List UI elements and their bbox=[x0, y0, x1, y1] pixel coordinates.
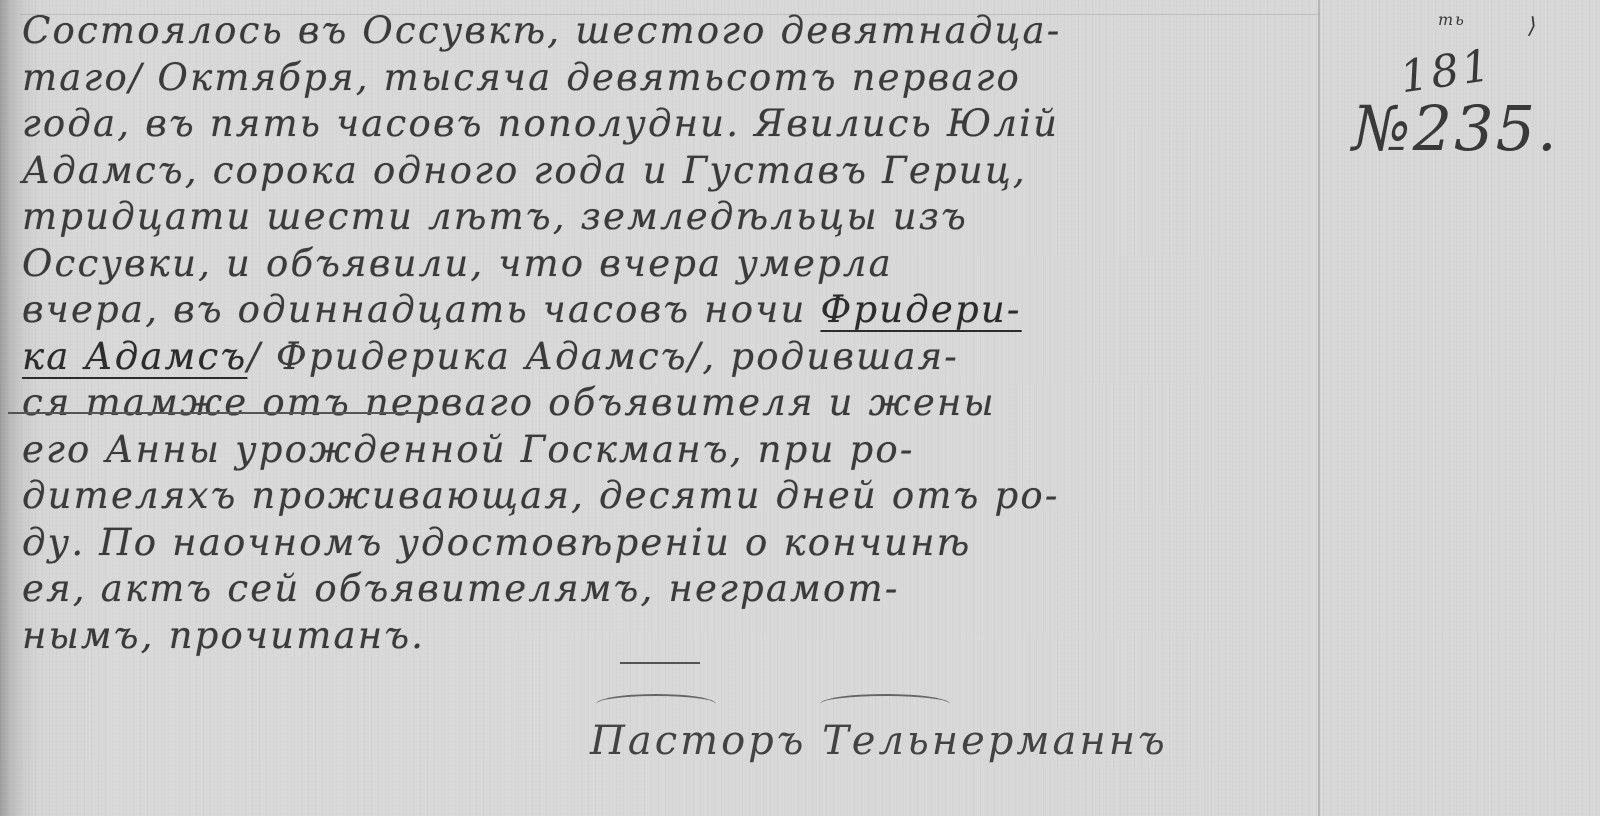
record-line: ся тамже отъ перваго объявителя и жены bbox=[22, 380, 1322, 427]
deceased-name-underlined: ка Адамсъ bbox=[22, 335, 247, 378]
line-text: Адамсъ, сорока одного года и Густавъ Гер… bbox=[22, 149, 1027, 192]
record-line: Состоялось въ Оссувкѣ, шестого девятнадц… bbox=[22, 8, 1322, 55]
line-text: тридцати шести лѣтъ, земледѣльцы изъ bbox=[22, 195, 968, 238]
record-line: дителяхъ проживающая, десяти дней отъ ро… bbox=[22, 473, 1322, 520]
record-line: вчера, въ одиннадцать часовъ ночи Фридер… bbox=[22, 287, 1322, 334]
line-text: Оссувки, и объявили, что вчера умерла bbox=[22, 242, 893, 285]
line-text: / Фридерика Адамсъ/, родившая- bbox=[247, 335, 959, 378]
record-line: года, въ пять часовъ пополудни. Явились … bbox=[22, 101, 1322, 148]
line-text: ся тамже отъ перваго объявителя и жены bbox=[22, 381, 996, 424]
record-line: Оссувки, и объявили, что вчера умерла bbox=[22, 241, 1322, 288]
record-line: ка Адамсъ/ Фридерика Адамсъ/, родившая- bbox=[22, 334, 1322, 381]
entry-number: №235. bbox=[1352, 92, 1559, 165]
record-line: тридцати шести лѣтъ, земледѣльцы изъ bbox=[22, 194, 1322, 241]
line-text: таго/ Октября, тысяча девятьсотъ перваго bbox=[22, 56, 1021, 99]
record-line: ду. По наочномъ удостовѣреніи о кончинѣ bbox=[22, 520, 1322, 567]
line-text: вчера, въ одиннадцать часовъ ночи bbox=[22, 288, 820, 331]
line-text: дителяхъ проживающая, десяти дней отъ ро… bbox=[22, 474, 1060, 517]
line-text: его Анны урожденной Госкманъ, при ро- bbox=[22, 428, 915, 471]
closing-dash bbox=[620, 662, 700, 664]
record-line: ея, актъ сей объявителямъ, неграмот- bbox=[22, 566, 1322, 613]
signature: Пасторъ Тельнерманнъ bbox=[590, 718, 1168, 764]
record-line: нымъ, прочитанъ. bbox=[22, 613, 1322, 660]
margin-mark: ть bbox=[1438, 10, 1466, 29]
record-line: его Анны урожденной Госкманъ, при ро- bbox=[22, 427, 1322, 474]
name-underline bbox=[8, 412, 438, 414]
margin-tick: ⟩ bbox=[1528, 14, 1537, 39]
signature-flourish bbox=[820, 694, 950, 714]
deceased-name-underlined: Фридери- bbox=[820, 288, 1021, 331]
signature-flourish bbox=[596, 694, 716, 714]
line-text: года, въ пять часовъ пополудни. Явились … bbox=[22, 102, 1059, 145]
record-line: таго/ Октября, тысяча девятьсотъ перваго bbox=[22, 55, 1322, 102]
line-text: нымъ, прочитанъ. bbox=[22, 614, 425, 657]
line-text: ду. По наочномъ удостовѣреніи о кончинѣ bbox=[22, 521, 971, 564]
document-scan: Состоялось въ Оссувкѣ, шестого девятнадц… bbox=[0, 0, 1600, 816]
record-line: Адамсъ, сорока одного года и Густавъ Гер… bbox=[22, 148, 1322, 195]
line-text: ея, актъ сей объявителямъ, неграмот- bbox=[22, 567, 900, 610]
line-text: Состоялось въ Оссувкѣ, шестого девятнадц… bbox=[22, 9, 1062, 52]
signature-text: Пасторъ Тельнерманнъ bbox=[590, 718, 1168, 764]
record-body: Состоялось въ Оссувкѣ, шестого девятнадц… bbox=[22, 8, 1322, 659]
